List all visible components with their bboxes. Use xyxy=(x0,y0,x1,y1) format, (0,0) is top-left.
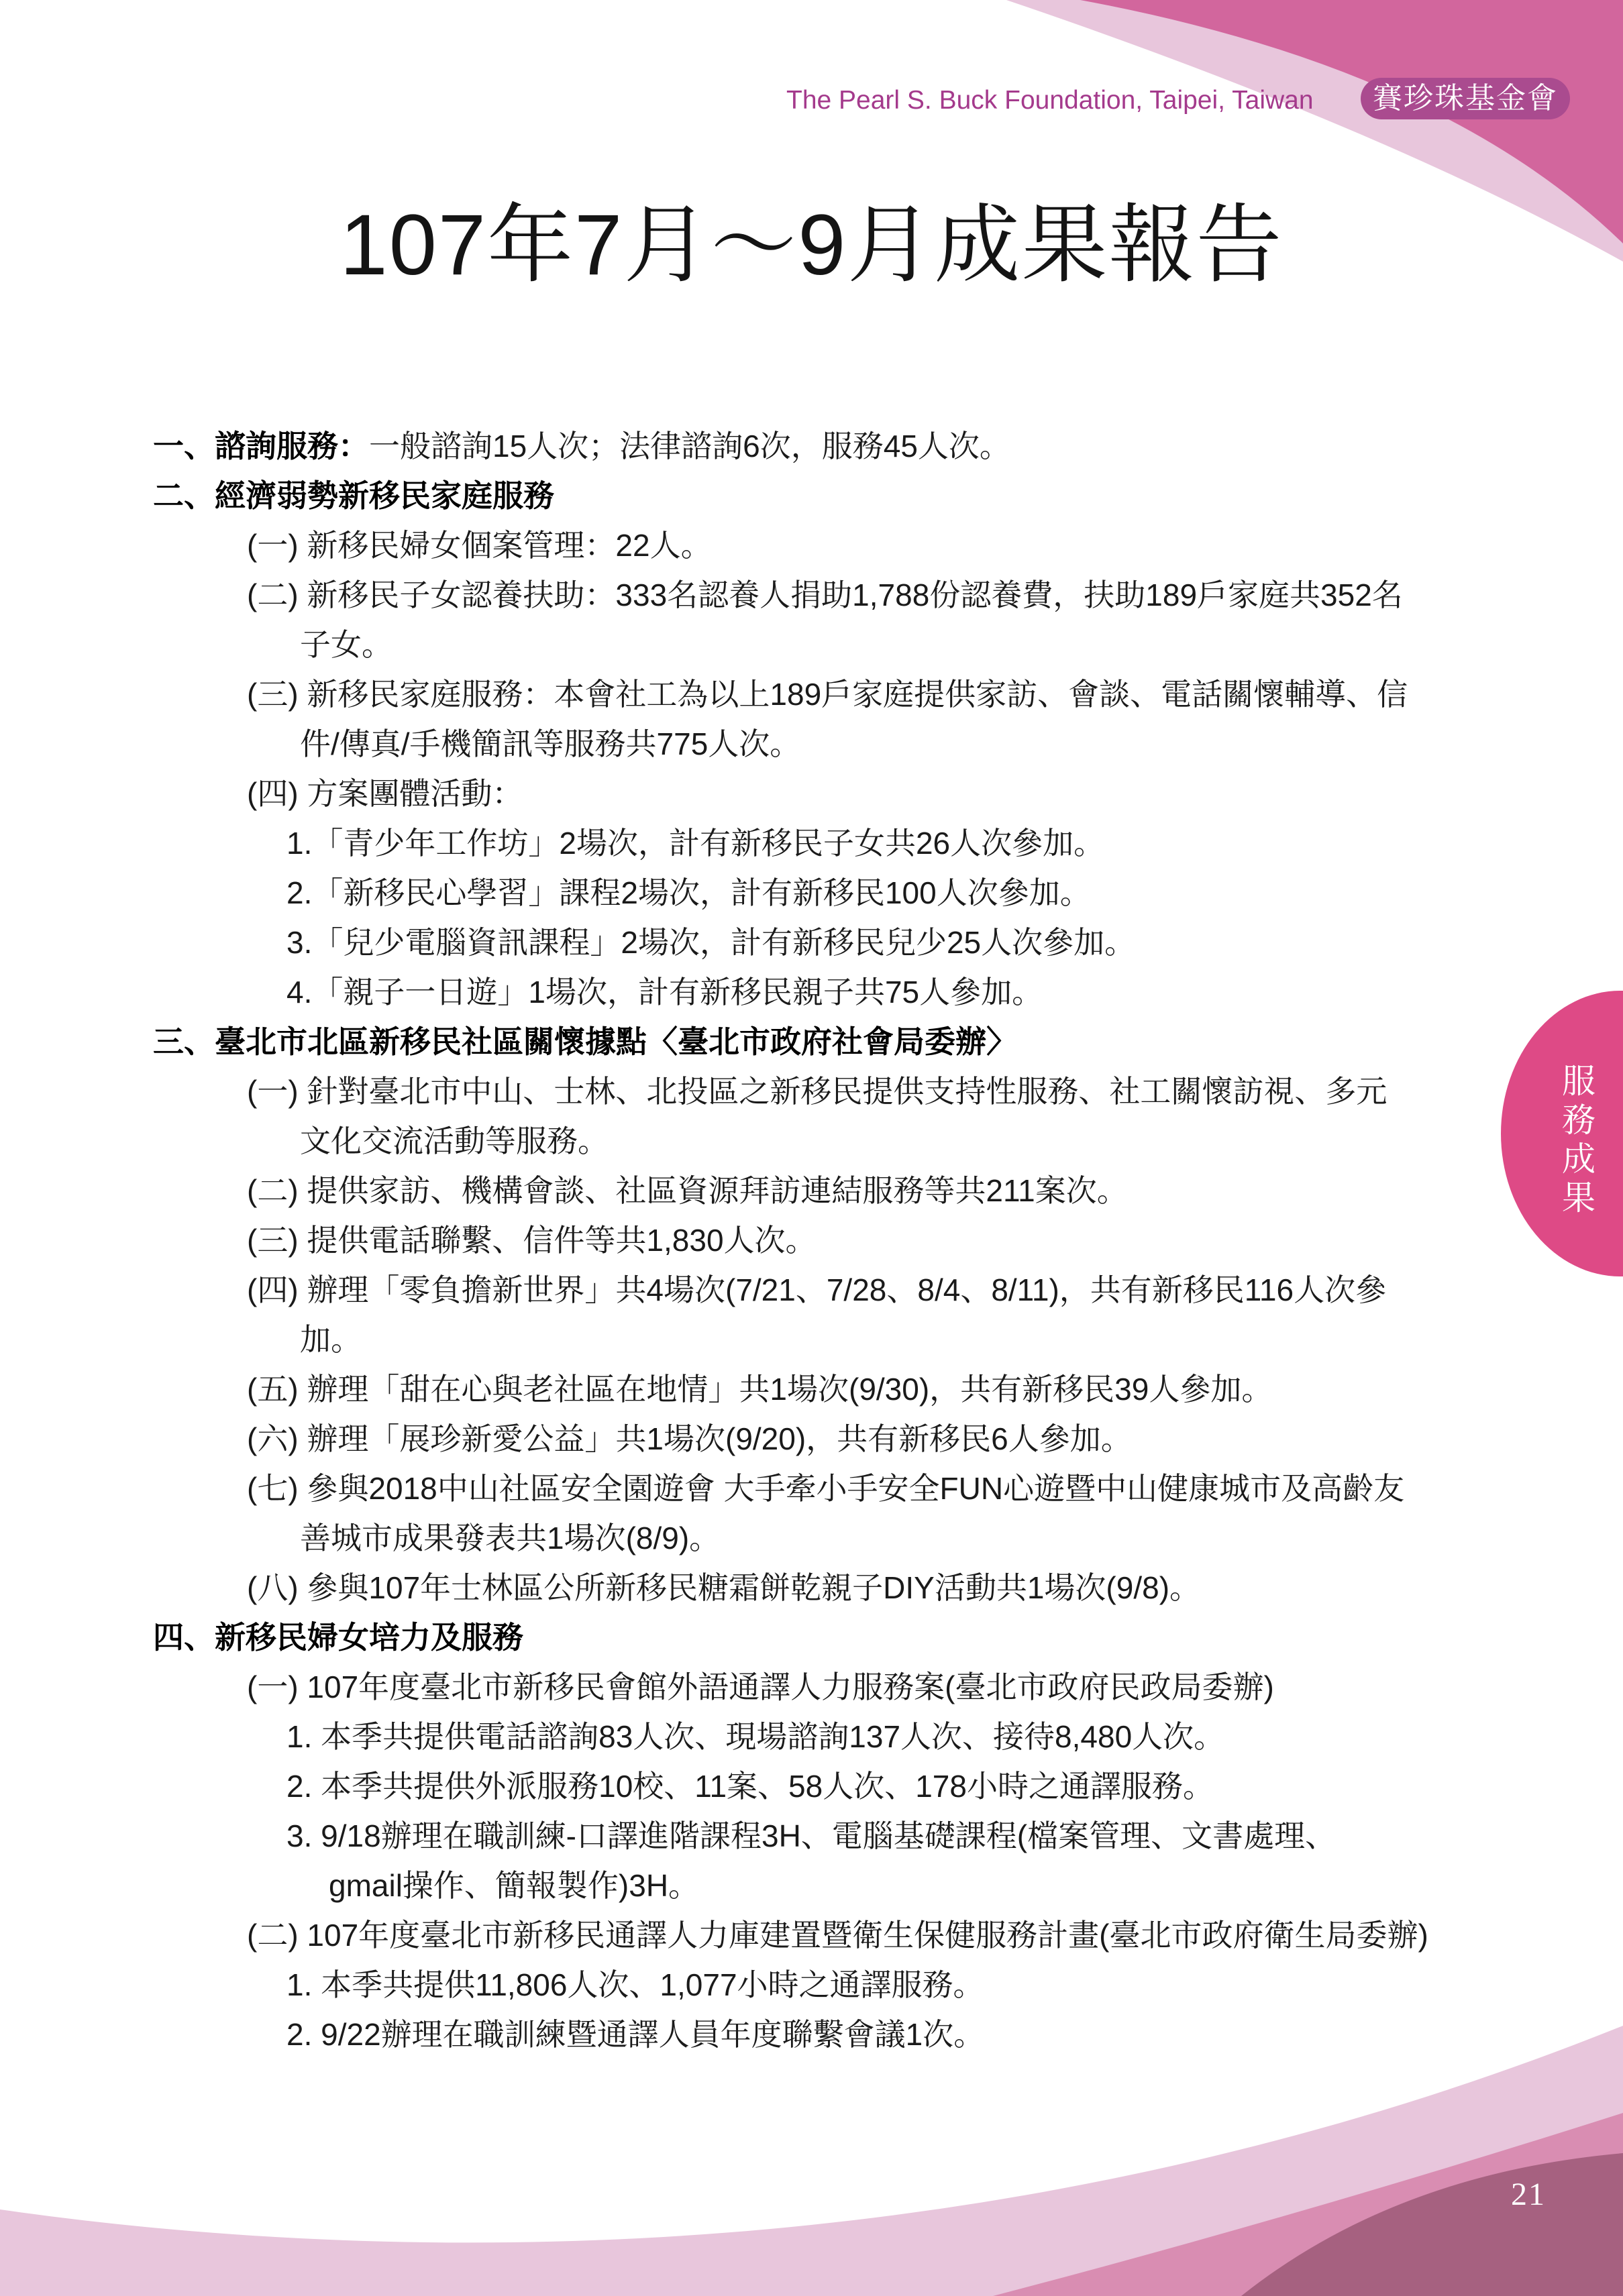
line-text: (三) 新移民家庭服務：本會社工為以上189戶家庭提供家訪、會談、電話關懷輔導、… xyxy=(247,677,1408,712)
line-text: (一) 107年度臺北市新移民會館外語通譯人力服務案(臺北市政府民政局委辦) xyxy=(247,1670,1274,1704)
line-text: 2.「新移民心學習」課程2場次，計有新移民100人次參加。 xyxy=(286,875,1091,910)
line-text: gmail操作、簡報製作)3H。 xyxy=(329,1868,699,1903)
body-line: (三) 新移民家庭服務：本會社工為以上189戶家庭提供家訪、會談、電話關懷輔導、… xyxy=(0,669,1623,719)
body-line: (五) 辦理「甜在心與老社區在地情」共1場次(9/30)，共有新移民39人參加。 xyxy=(0,1364,1623,1414)
line-text: 2. 9/22辦理在職訓練暨通譯人員年度聯繫會議1次。 xyxy=(286,2017,984,2052)
body-line: 1. 本季共提供11,806人次、1,077小時之通譯服務。 xyxy=(0,1960,1623,2010)
line-text: 子女。 xyxy=(300,627,392,662)
line-bold-text: 四、新移民婦女培力及服務 xyxy=(153,1620,523,1655)
body-line: 4.「親子一日遊」1場次，計有新移民親子共75人參加。 xyxy=(0,967,1623,1017)
body-line: (四) 方案團體活動： xyxy=(0,769,1623,818)
body-line: (一) 107年度臺北市新移民會館外語通譯人力服務案(臺北市政府民政局委辦) xyxy=(0,1662,1623,1712)
body-line: (一) 新移民婦女個案管理：22人。 xyxy=(0,521,1623,570)
line-text: 2. 本季共提供外派服務10校、11案、58人次、178小時之通譯服務。 xyxy=(286,1769,1214,1804)
line-text: (二) 107年度臺北市新移民通譯人力庫建置暨衛生保健服務計畫(臺北市政府衛生局… xyxy=(247,1918,1428,1953)
body-line: 2.「新移民心學習」課程2場次，計有新移民100人次參加。 xyxy=(0,868,1623,918)
body-line: (三) 提供電話聯繫、信件等共1,830人次。 xyxy=(0,1215,1623,1265)
line-text: 文化交流活動等服務。 xyxy=(300,1124,609,1158)
bottom-dark-corner xyxy=(1241,2153,1623,2296)
body-line: 加。 xyxy=(0,1315,1623,1364)
line-text: 4.「親子一日遊」1場次，計有新移民親子共75人參加。 xyxy=(286,975,1043,1009)
line-text: 一般諮詢15人次；法律諮詢6次，服務45人次。 xyxy=(369,429,1010,463)
line-text: (一) 新移民婦女個案管理：22人。 xyxy=(247,528,712,563)
line-text: 1. 本季共提供11,806人次、1,077小時之通譯服務。 xyxy=(286,1967,984,2002)
line-bold-text: 三、臺北市北區新移民社區關懷據點〈臺北市政府社會局委辦〉 xyxy=(153,1024,1017,1059)
line-text: (二) 提供家訪、機構會談、社區資源拜訪連結服務等共211案次。 xyxy=(247,1173,1128,1208)
foundation-badge: 賽珍珠基金會 xyxy=(1361,78,1570,119)
page-title: 107年7月～9月成果報告 xyxy=(0,176,1623,299)
line-text: 1. 本季共提供電話諮詢83人次、現場諮詢137人次、接待8,480人次。 xyxy=(286,1719,1224,1754)
page-number: 21 xyxy=(1511,2176,1546,2213)
body-line: gmail操作、簡報製作)3H。 xyxy=(0,1861,1623,1910)
body-line: (八) 參與107年士林區公所新移民糖霜餅乾親子DIY活動共1場次(9/8)。 xyxy=(0,1563,1623,1612)
line-text: (五) 辦理「甜在心與老社區在地情」共1場次(9/30)，共有新移民39人參加。 xyxy=(247,1372,1272,1407)
line-text: 件/傳真/手機簡訊等服務共775人次。 xyxy=(300,726,800,761)
report-body: 一、諮詢服務：一般諮詢15人次；法律諮詢6次，服務45人次。二、經濟弱勢新移民家… xyxy=(0,421,1623,2059)
body-line: 三、臺北市北區新移民社區關懷據點〈臺北市政府社會局委辦〉 xyxy=(0,1017,1623,1067)
line-text: 加。 xyxy=(300,1322,362,1357)
body-line: 善城市成果發表共1場次(8/9)。 xyxy=(0,1513,1623,1563)
line-text: (六) 辦理「展珍新愛公益」共1場次(9/20)，共有新移民6人參加。 xyxy=(247,1421,1132,1456)
body-line: (二) 提供家訪、機構會談、社區資源拜訪連結服務等共211案次。 xyxy=(0,1166,1623,1215)
foundation-name-english: The Pearl S. Buck Foundation, Taipei, Ta… xyxy=(786,86,1314,115)
body-line: (一) 針對臺北市中山、士林、北投區之新移民提供支持性服務、社工關懷訪視、多元 xyxy=(0,1067,1623,1116)
body-line: 文化交流活動等服務。 xyxy=(0,1116,1623,1166)
body-line: (七) 參與2018中山社區安全園遊會 大手牽小手安全FUN心遊暨中山健康城市及… xyxy=(0,1464,1623,1513)
body-line: (二) 107年度臺北市新移民通譯人力庫建置暨衛生保健服務計畫(臺北市政府衛生局… xyxy=(0,1910,1623,1960)
line-bold-text: 一、諮詢服務： xyxy=(153,429,369,463)
body-line: 1.「青少年工作坊」2場次，計有新移民子女共26人次參加。 xyxy=(0,818,1623,868)
body-line: (四) 辦理「零負擔新世界」共4場次(7/21、7/28、8/4、8/11)，共… xyxy=(0,1265,1623,1315)
line-bold-text: 二、經濟弱勢新移民家庭服務 xyxy=(153,478,554,513)
line-text: (三) 提供電話聯繫、信件等共1,830人次。 xyxy=(247,1223,817,1258)
body-line: 2. 本季共提供外派服務10校、11案、58人次、178小時之通譯服務。 xyxy=(0,1761,1623,1811)
body-line: 1. 本季共提供電話諮詢83人次、現場諮詢137人次、接待8,480人次。 xyxy=(0,1712,1623,1761)
line-text: 3.「兒少電腦資訊課程」2場次，計有新移民兒少25人次參加。 xyxy=(286,925,1135,960)
body-line: (六) 辦理「展珍新愛公益」共1場次(9/20)，共有新移民6人參加。 xyxy=(0,1414,1623,1464)
body-line: 件/傳真/手機簡訊等服務共775人次。 xyxy=(0,719,1623,769)
line-text: (四) 辦理「零負擔新世界」共4場次(7/21、7/28、8/4、8/11)，共… xyxy=(247,1272,1386,1307)
body-line: 3. 9/18辦理在職訓練-口譯進階課程3H、電腦基礎課程(檔案管理、文書處理、 xyxy=(0,1811,1623,1861)
body-line: 二、經濟弱勢新移民家庭服務 xyxy=(0,471,1623,521)
body-line: (二) 新移民子女認養扶助：333名認養人捐助1,788份認養費，扶助189戶家… xyxy=(0,570,1623,620)
line-text: 3. 9/18辦理在職訓練-口譯進階課程3H、電腦基礎課程(檔案管理、文書處理、 xyxy=(286,1818,1336,1853)
side-tab-label: 服務成果 xyxy=(1557,1063,1595,1219)
line-text: (七) 參與2018中山社區安全園遊會 大手牽小手安全FUN心遊暨中山健康城市及… xyxy=(247,1471,1404,1506)
body-line: 3.「兒少電腦資訊課程」2場次，計有新移民兒少25人次參加。 xyxy=(0,918,1623,967)
bottom-light-band xyxy=(0,2026,1623,2296)
body-line: 2. 9/22辦理在職訓練暨通譯人員年度聯繫會議1次。 xyxy=(0,2010,1623,2059)
body-line: 一、諮詢服務：一般諮詢15人次；法律諮詢6次，服務45人次。 xyxy=(0,421,1623,471)
line-text: 善城市成果發表共1場次(8/9)。 xyxy=(300,1521,720,1555)
body-line: 子女。 xyxy=(0,620,1623,669)
line-text: (二) 新移民子女認養扶助：333名認養人捐助1,788份認養費，扶助189戶家… xyxy=(247,578,1403,612)
line-text: (四) 方案團體活動： xyxy=(247,776,523,811)
body-line: 四、新移民婦女培力及服務 xyxy=(0,1612,1623,1662)
line-text: (八) 參與107年士林區公所新移民糖霜餅乾親子DIY活動共1場次(9/8)。 xyxy=(247,1570,1200,1605)
report-page: The Pearl S. Buck Foundation, Taipei, Ta… xyxy=(0,0,1623,2296)
line-text: (一) 針對臺北市中山、士林、北投區之新移民提供支持性服務、社工關懷訪視、多元 xyxy=(247,1074,1387,1109)
line-text: 1.「青少年工作坊」2場次，計有新移民子女共26人次參加。 xyxy=(286,826,1104,861)
